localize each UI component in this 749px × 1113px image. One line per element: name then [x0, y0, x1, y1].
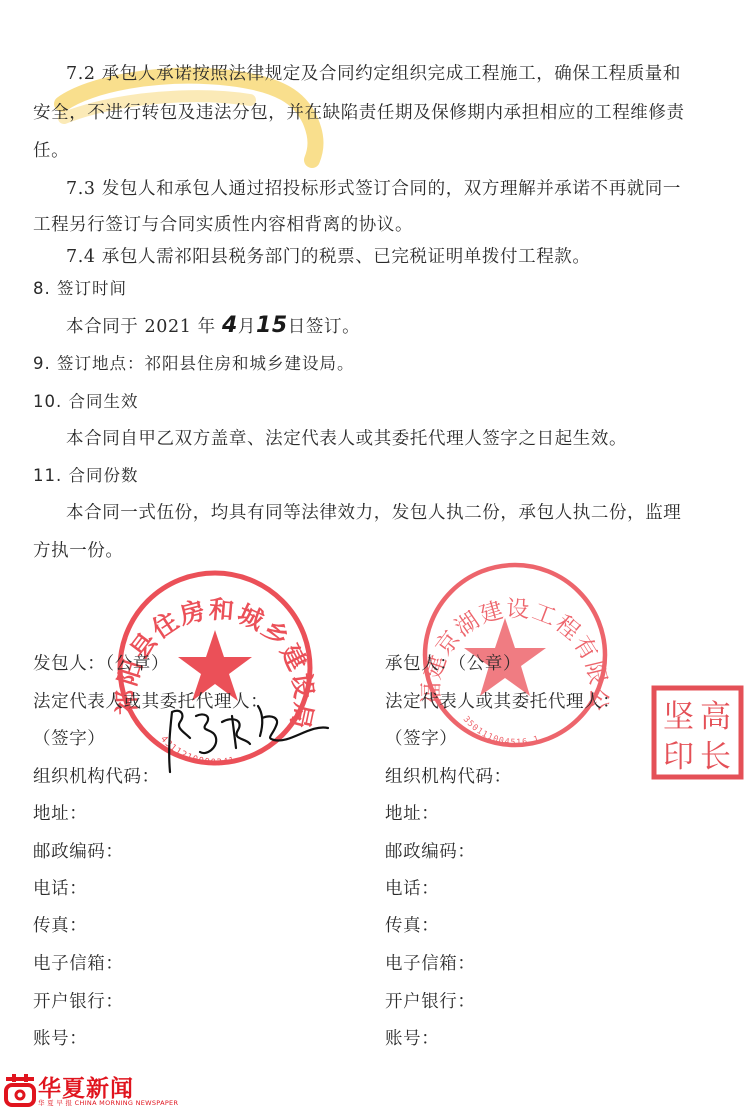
contractor-phone-label: 电话： [385, 875, 439, 900]
svg-text:350111004516 1: 350111004516 1 [461, 715, 542, 749]
watermark-subtitle: 华 夏 早 报 CHINA MORNING NEWSPAPER [38, 1098, 178, 1107]
personal-square-seal: 坚 高 印 长 [654, 688, 741, 777]
contractor-seal-label: 承包人：（公章） [385, 650, 521, 675]
contractor-account-label: 账号： [385, 1025, 439, 1050]
section-11-line-1: 本合同一式伍份，均具有同等法律效力，发包人执二份，承包人执二份，监理 [66, 502, 681, 524]
clause-7-2-line-2: 安全，不进行转包及违法分包，并在缺陷责任期及保修期内承担相应的工程维修责 [33, 102, 685, 124]
employer-account-label: 账号： [33, 1025, 87, 1050]
contractor-email-label: 电子信箱： [385, 950, 476, 975]
contractor-signature-label: （签字） [385, 725, 457, 750]
section-11-line-2: 方执一份。 [33, 540, 124, 562]
svg-text:高: 高 [700, 699, 731, 735]
svg-text:坚: 坚 [663, 699, 694, 735]
employer-email-label: 电子信箱： [33, 950, 124, 975]
date-suffix: 日签订。 [288, 317, 360, 337]
contractor-address-label: 地址： [385, 800, 439, 825]
clause-7-2-line-3: 任。 [33, 140, 69, 162]
section-10-text: 本合同自甲乙双方盖章、法定代表人或其委托代理人签字之日起生效。 [66, 428, 627, 450]
employer-representative-label: 法定代表人或其委托代理人： [33, 688, 268, 713]
employer-signature-label: （签字） [33, 725, 105, 750]
employer-postcode-label: 邮政编码： [33, 838, 124, 863]
date-prefix: 本合同于 2021 年 [66, 317, 216, 337]
svg-text:印: 印 [663, 739, 694, 775]
employer-org-code-label: 组织机构代码： [33, 763, 160, 788]
contractor-fax-label: 传真： [385, 912, 439, 937]
contractor-bank-label: 开户银行： [385, 988, 476, 1013]
contractor-org-code-label: 组织机构代码： [385, 763, 512, 788]
clause-7-3-line-1: 7.3 发包人和承包人通过招投标形式签订合同的，双方理解并承诺不再就同一 [66, 178, 681, 200]
contractor-representative-label: 法定代表人或其委托代理人： [385, 688, 620, 713]
section-8-heading: 8. 签订时间 [33, 278, 127, 300]
employer-bank-label: 开户银行： [33, 988, 124, 1013]
month-label: 月 [238, 317, 256, 337]
newspaper-logo-icon [4, 1074, 36, 1108]
employer-phone-label: 电话： [33, 875, 87, 900]
handwritten-day: 15 [256, 313, 288, 338]
section-8-signing-date: 本合同于 2021 年 4月15日签订。 [66, 315, 360, 338]
contractor-postcode-label: 邮政编码： [385, 838, 476, 863]
section-10-heading: 10. 合同生效 [33, 391, 139, 413]
clause-7-2-line-1: 7.2 承包人承诺按照法律规定及合同约定组织完成工程施工，确保工程质量和 [66, 63, 681, 85]
svg-text:长: 长 [700, 739, 731, 775]
watermark-logo: 华夏新闻 华 夏 早 报 CHINA MORNING NEWSPAPER [4, 1072, 204, 1112]
clause-7-4-line-1: 7.4 承包人需祁阳县税务部门的税票、已完税证明单拨付工程款。 [66, 246, 591, 268]
clause-7-3-line-2: 工程另行签订与合同实质性内容相背离的协议。 [33, 214, 413, 236]
handwritten-month: 4 [222, 313, 238, 338]
section-9-heading: 9. 签订地点：祁阳县住房和城乡建设局。 [33, 353, 355, 375]
employer-seal-label: 发包人：（公章） [33, 650, 169, 675]
employer-fax-label: 传真： [33, 912, 87, 937]
employer-address-label: 地址： [33, 800, 87, 825]
section-11-heading: 11. 合同份数 [33, 465, 139, 487]
svg-text:4311210000341: 4311210000341 [158, 734, 236, 768]
